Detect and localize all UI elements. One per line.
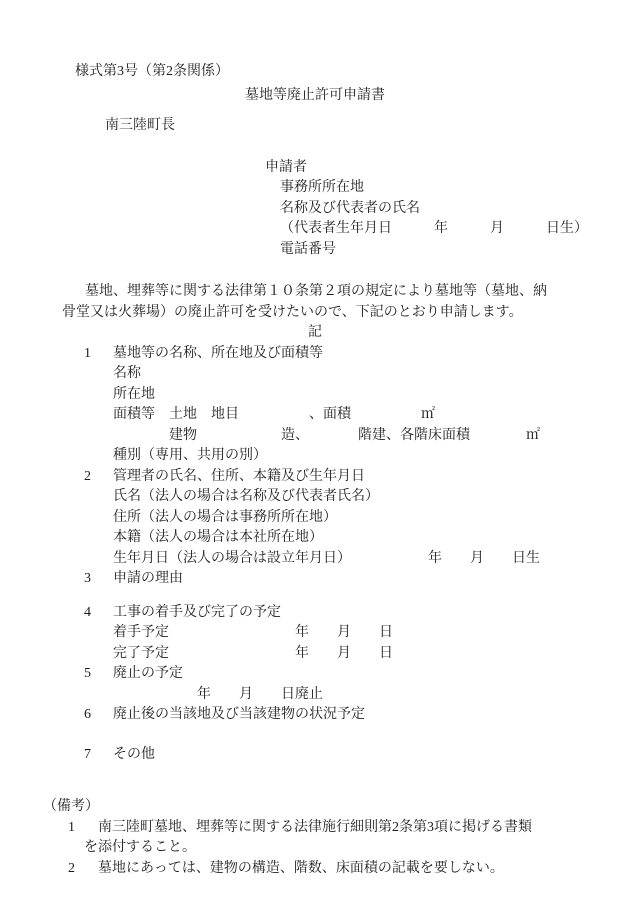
remark-2: 2 墓地にあっては、建物の構造、階数、床面積の記載を要しない。: [0, 859, 630, 880]
remark-2-line-1: 墓地にあっては、建物の構造、階数、床面積の記載を要しない。: [98, 859, 504, 880]
item-5-number: 5: [84, 664, 113, 685]
item-7-label: その他: [113, 745, 155, 766]
application-form: 様式第3号（第2条関係） 墓地等廃止許可申請書 南三陸町長 申請者 事務所所在地…: [0, 0, 630, 879]
remarks-header: （備考）: [0, 797, 630, 818]
item-3-label: 申請の理由: [113, 569, 183, 590]
item-1-number: 1: [84, 344, 113, 365]
item-3: 3 申請の理由: [0, 569, 630, 590]
form-number-note: 様式第3号（第2条関係）: [0, 62, 630, 83]
item-2-subline-address: 住所（法人の場合は事務所所在地）: [0, 508, 630, 529]
remark-1-line-2: を添付すること。: [0, 838, 630, 859]
item-6: 6 廃止後の当該地及び当該建物の状況予定: [0, 705, 630, 726]
item-5-label: 廃止の予定: [113, 664, 183, 685]
item-4: 4 工事の着手及び完了の予定: [0, 603, 630, 624]
item-2-subline-registry: 本籍（法人の場合は本社所在地）: [0, 528, 630, 549]
item-5-subline-abolition-date: 年 月 日廃止: [0, 685, 630, 706]
item-1-label: 墓地等の名称、所在地及び面積等: [113, 344, 323, 365]
applicant-representative-birthdate-field: （代表者生年月日 年 月 日生）: [0, 219, 630, 240]
body-paragraph-line-2: 骨堂又は火葬場）の廃止許可を受けたいので、下記のとおり申請します。: [0, 303, 630, 324]
item-1-subline-area-building: 建物 造、 階建、各階床面積 ㎡: [0, 426, 630, 447]
applicant-name-representative-field: 名称及び代表者の氏名: [0, 199, 630, 220]
item-1: 1 墓地等の名称、所在地及び面積等: [0, 344, 630, 365]
document-title: 墓地等廃止許可申請書: [0, 86, 630, 107]
record-marker: 記: [0, 323, 630, 344]
item-2-subline-birthdate: 生年月日（法人の場合は設立年月日） 年 月 日生: [0, 549, 630, 570]
document-page: 様式第3号（第2条関係） 墓地等廃止許可申請書 南三陸町長 申請者 事務所所在地…: [0, 0, 630, 903]
item-4-subline-end-date: 完了予定 年 月 日: [0, 644, 630, 665]
item-1-subline-name: 名称: [0, 364, 630, 385]
item-7-number: 7: [84, 745, 113, 766]
item-2-number: 2: [84, 467, 113, 488]
item-2-subline-name: 氏名（法人の場合は名称及び代表者氏名）: [0, 487, 630, 508]
applicant-office-address-field: 事務所所在地: [0, 178, 630, 199]
remark-2-number: 2: [68, 859, 98, 880]
item-6-number: 6: [84, 705, 113, 726]
item-4-subline-start-date: 着手予定 年 月 日: [0, 623, 630, 644]
applicant-label: 申請者: [0, 158, 630, 179]
item-1-subline-area-land: 面積等 土地 地目 、面積 ㎡: [0, 405, 630, 426]
item-2-label: 管理者の氏名、住所、本籍及び生年月日: [113, 467, 365, 488]
item-1-subline-category: 種別（専用、共用の別）: [0, 446, 630, 467]
addressee: 南三陸町長: [0, 116, 630, 137]
item-6-label: 廃止後の当該地及び当該建物の状況予定: [113, 705, 365, 726]
item-3-number: 3: [84, 569, 113, 590]
remark-1: 1 南三陸町墓地、埋葬等に関する法律施行細則第2条第3項に掲げる書類: [0, 818, 630, 839]
applicant-phone-field: 電話番号: [0, 240, 630, 261]
item-4-label: 工事の着手及び完了の予定: [113, 603, 281, 624]
body-paragraph-line-1: 墓地、埋葬等に関する法律第１０条第２項の規定により墓地等（墓地、納: [0, 282, 630, 303]
item-5: 5 廃止の予定: [0, 664, 630, 685]
item-7: 7 その他: [0, 745, 630, 766]
item-4-number: 4: [84, 603, 113, 624]
remark-1-number: 1: [68, 818, 98, 839]
item-1-subline-location: 所在地: [0, 385, 630, 406]
item-2: 2 管理者の氏名、住所、本籍及び生年月日: [0, 467, 630, 488]
remark-1-line-1: 南三陸町墓地、埋葬等に関する法律施行細則第2条第3項に掲げる書類: [98, 818, 532, 839]
